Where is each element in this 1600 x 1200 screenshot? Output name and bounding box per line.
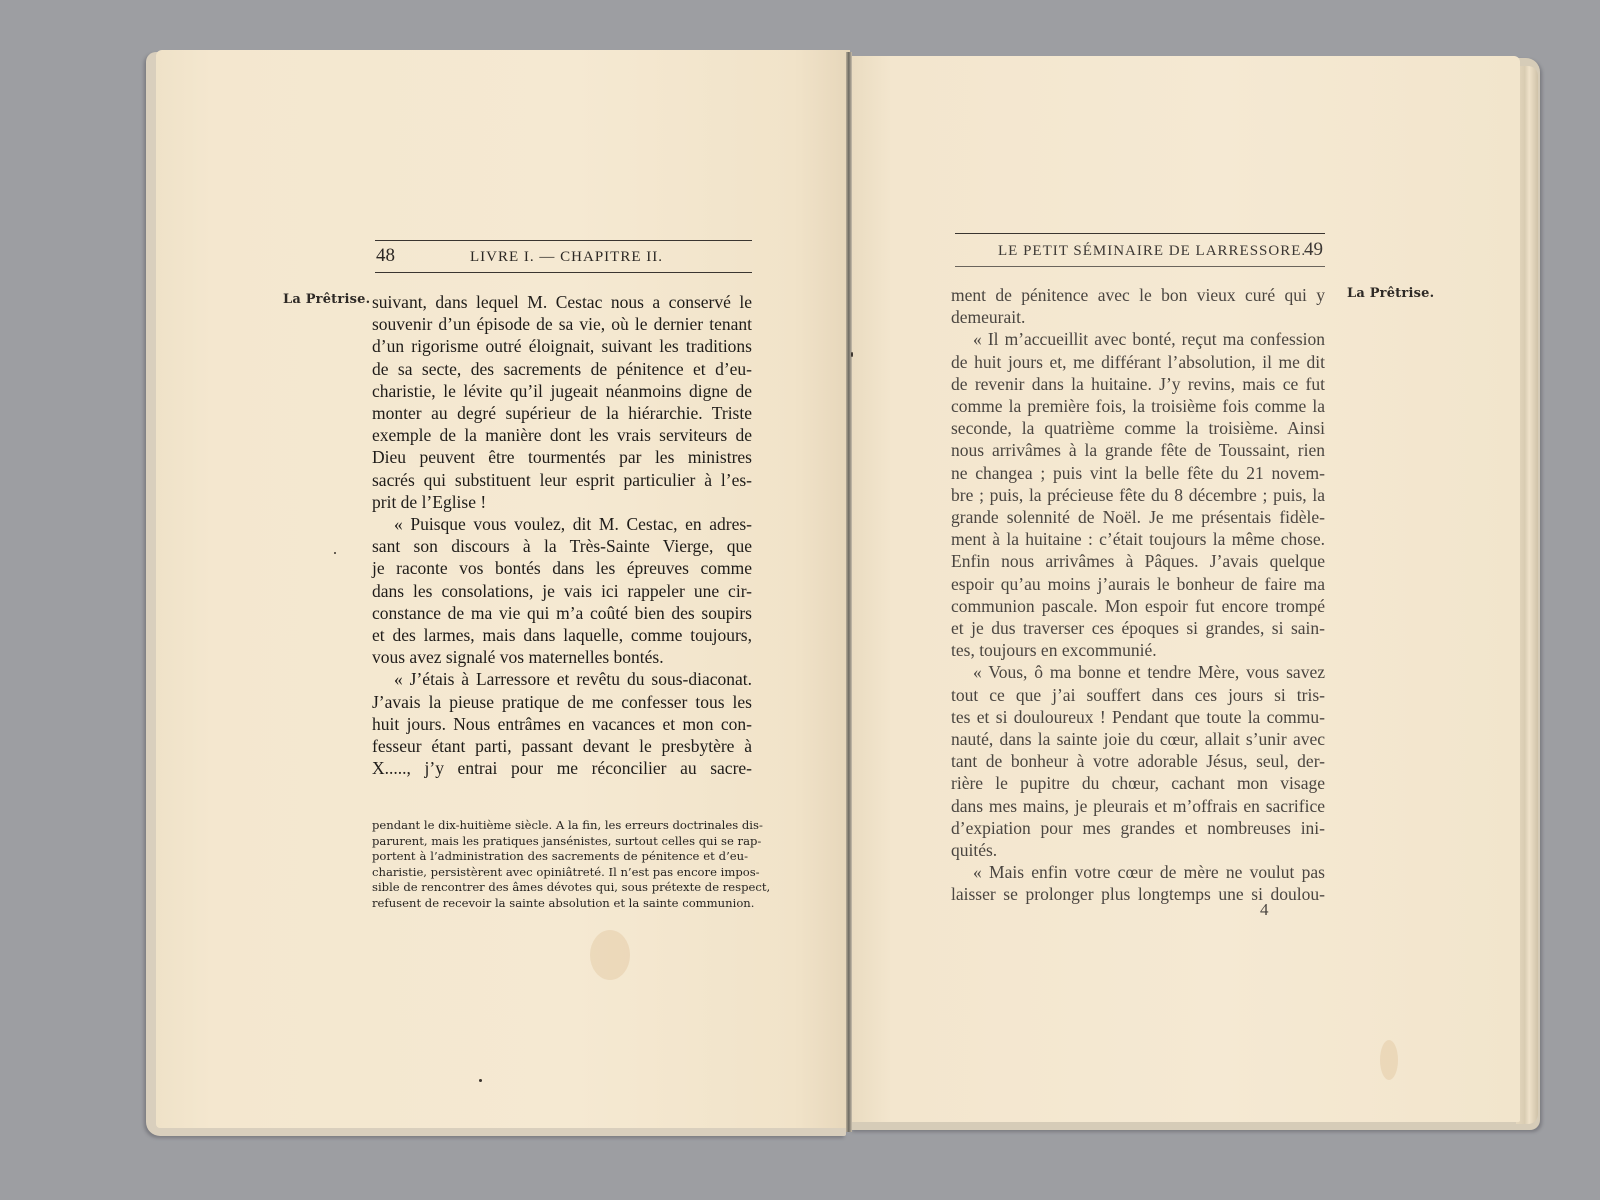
text-line: tes et si douloureux ! Pendant que toute… [951,706,1325,728]
text-line: ment de pénitence avec le bon vieux curé… [951,284,1325,306]
text-line: et je dus traverser ces époques si grand… [951,617,1325,639]
paper-speck [851,352,853,357]
footnote-line: sible de rencontrer des âmes dévotes qui… [372,880,748,896]
text-line: communion pascale. Mon espoir fut encore… [951,595,1325,617]
running-head-left: LIVRE I. — CHAPITRE II. [470,249,663,266]
text-line: « J’étais à Larressore et revêtu du sous… [372,668,752,690]
text-line: X....., j’y entrai pour me réconcilier a… [372,757,752,779]
text-line: quités. [951,839,1325,861]
head-rule-bottom [955,266,1325,267]
margin-note-right: La Prêtrise. [1347,286,1434,301]
text-line: espoir qu’au moins j’aurais le bonheur d… [951,573,1325,595]
text-line: je raconte vos bontés dans les épreuves … [372,557,752,579]
paper-speck [479,1079,482,1082]
paper-speck [334,552,336,554]
text-line: vous avez signalé vos maternelles bontés… [372,646,752,668]
footnote-line: parurent, mais les pratiques jansénistes… [372,834,748,850]
footnote-line: charistie, persistèrent avec opiniâtreté… [372,865,748,881]
text-line: dans les consolations, je vais ici rappe… [372,580,752,602]
right-body-text: ment de pénitence avec le bon vieux curé… [951,284,1325,906]
head-rule-bottom [375,272,752,273]
text-line: de huit jours et, me différant l’absolut… [951,351,1325,373]
text-line: Enfin nous arrivâmes à Pâques. J’avais q… [951,550,1325,572]
text-line: tout ce que j’ai souffert dans ces jours… [951,684,1325,706]
text-line: tant de bonheur à votre adorable Jésus, … [951,750,1325,772]
footnote-line: refusent de recevoir la sainte absolutio… [372,896,748,912]
page-number-left: 48 [376,245,395,267]
text-line: dans mes mains, je pleurais et m’offrais… [951,795,1325,817]
text-line: sacrés qui substituent leur esprit parti… [372,469,752,491]
signature-mark: 4 [1260,900,1269,920]
text-line: suivant, dans lequel M. Cestac nous a co… [372,291,752,313]
text-line: de sa secte, des sacrements de pénitence… [372,358,752,380]
text-line: J’avais la pieuse pratique de me confess… [372,691,752,713]
text-line: de revenir dans la huitaine. J’y revins,… [951,373,1325,395]
text-line: ne changea ; puis vint la belle fête du … [951,462,1325,484]
text-line: fesseur étant parti, passant devant le p… [372,735,752,757]
text-line: tes, toujours en excommunié. [951,639,1325,661]
text-line: constance de ma vie qui m’a coûté bien d… [372,602,752,624]
text-line: nous arrivâmes à la grande fête de Touss… [951,439,1325,461]
text-line: exemple de la manière dont les vrais ser… [372,424,752,446]
text-line: prit de l’Eglise ! [372,491,752,513]
text-line: monter au degré supérieur de la hiérarch… [372,402,752,424]
page-number-right: 49 [1304,239,1323,261]
text-line: « Vous, ô ma bonne et tendre Mère, vous … [951,661,1325,683]
text-line: et des larmes, mais dans laquelle, comme… [372,624,752,646]
text-line: charistie, le lévite qu’il jugeait néanm… [372,380,752,402]
text-line: rière le pupitre du chœur, cachant mon v… [951,772,1325,794]
text-line: huit jours. Nous entrâmes en vacances et… [372,713,752,735]
text-line: souvenir d’un épisode de sa vie, où le d… [372,313,752,335]
text-line: « Puisque vous voulez, dit M. Cestac, en… [372,513,752,535]
text-line: sant son discours à la Très-Sainte Vierg… [372,535,752,557]
left-footnote: pendant le dix-huitième siècle. A la fin… [372,818,748,911]
margin-note-left: La Prêtrise. [283,292,370,307]
footnote-line: portent à l’administration des sacrement… [372,849,748,865]
foxing-stain [590,930,630,980]
left-body-text: suivant, dans lequel M. Cestac nous a co… [372,291,752,779]
head-rule-top [375,240,752,241]
text-line: Dieu peuvent être tourmentés par les min… [372,446,752,468]
text-line: « Mais enfin votre cœur de mère ne voulu… [951,861,1325,883]
text-line: demeurait. [951,306,1325,328]
text-line: seconde, la quatrième comme la troisième… [951,417,1325,439]
running-head-right: LE PETIT SÉMINAIRE DE LARRESSORE. [998,243,1306,260]
open-book: 48 LIVRE I. — CHAPITRE II. La Prêtrise. … [0,0,1600,1200]
text-line: d’expiation pour mes grandes et nombreus… [951,817,1325,839]
foxing-stain [1380,1040,1398,1080]
text-line: comme la première fois, la troisième foi… [951,395,1325,417]
text-line: d’un rigorisme outré éloignait, suivant … [372,335,752,357]
text-line: grande solennité de Noël. Je me présenta… [951,506,1325,528]
text-line: nauté, dans la sainte joie du cœur, alla… [951,728,1325,750]
text-line: ment à la huitaine : c’était toujours la… [951,528,1325,550]
text-line: bre ; puis, la précieuse fête du 8 décem… [951,484,1325,506]
footnote-line: pendant le dix-huitième siècle. A la fin… [372,818,748,834]
head-rule-top [955,233,1325,234]
text-line: « Il m’accueillit avec bonté, reçut ma c… [951,328,1325,350]
